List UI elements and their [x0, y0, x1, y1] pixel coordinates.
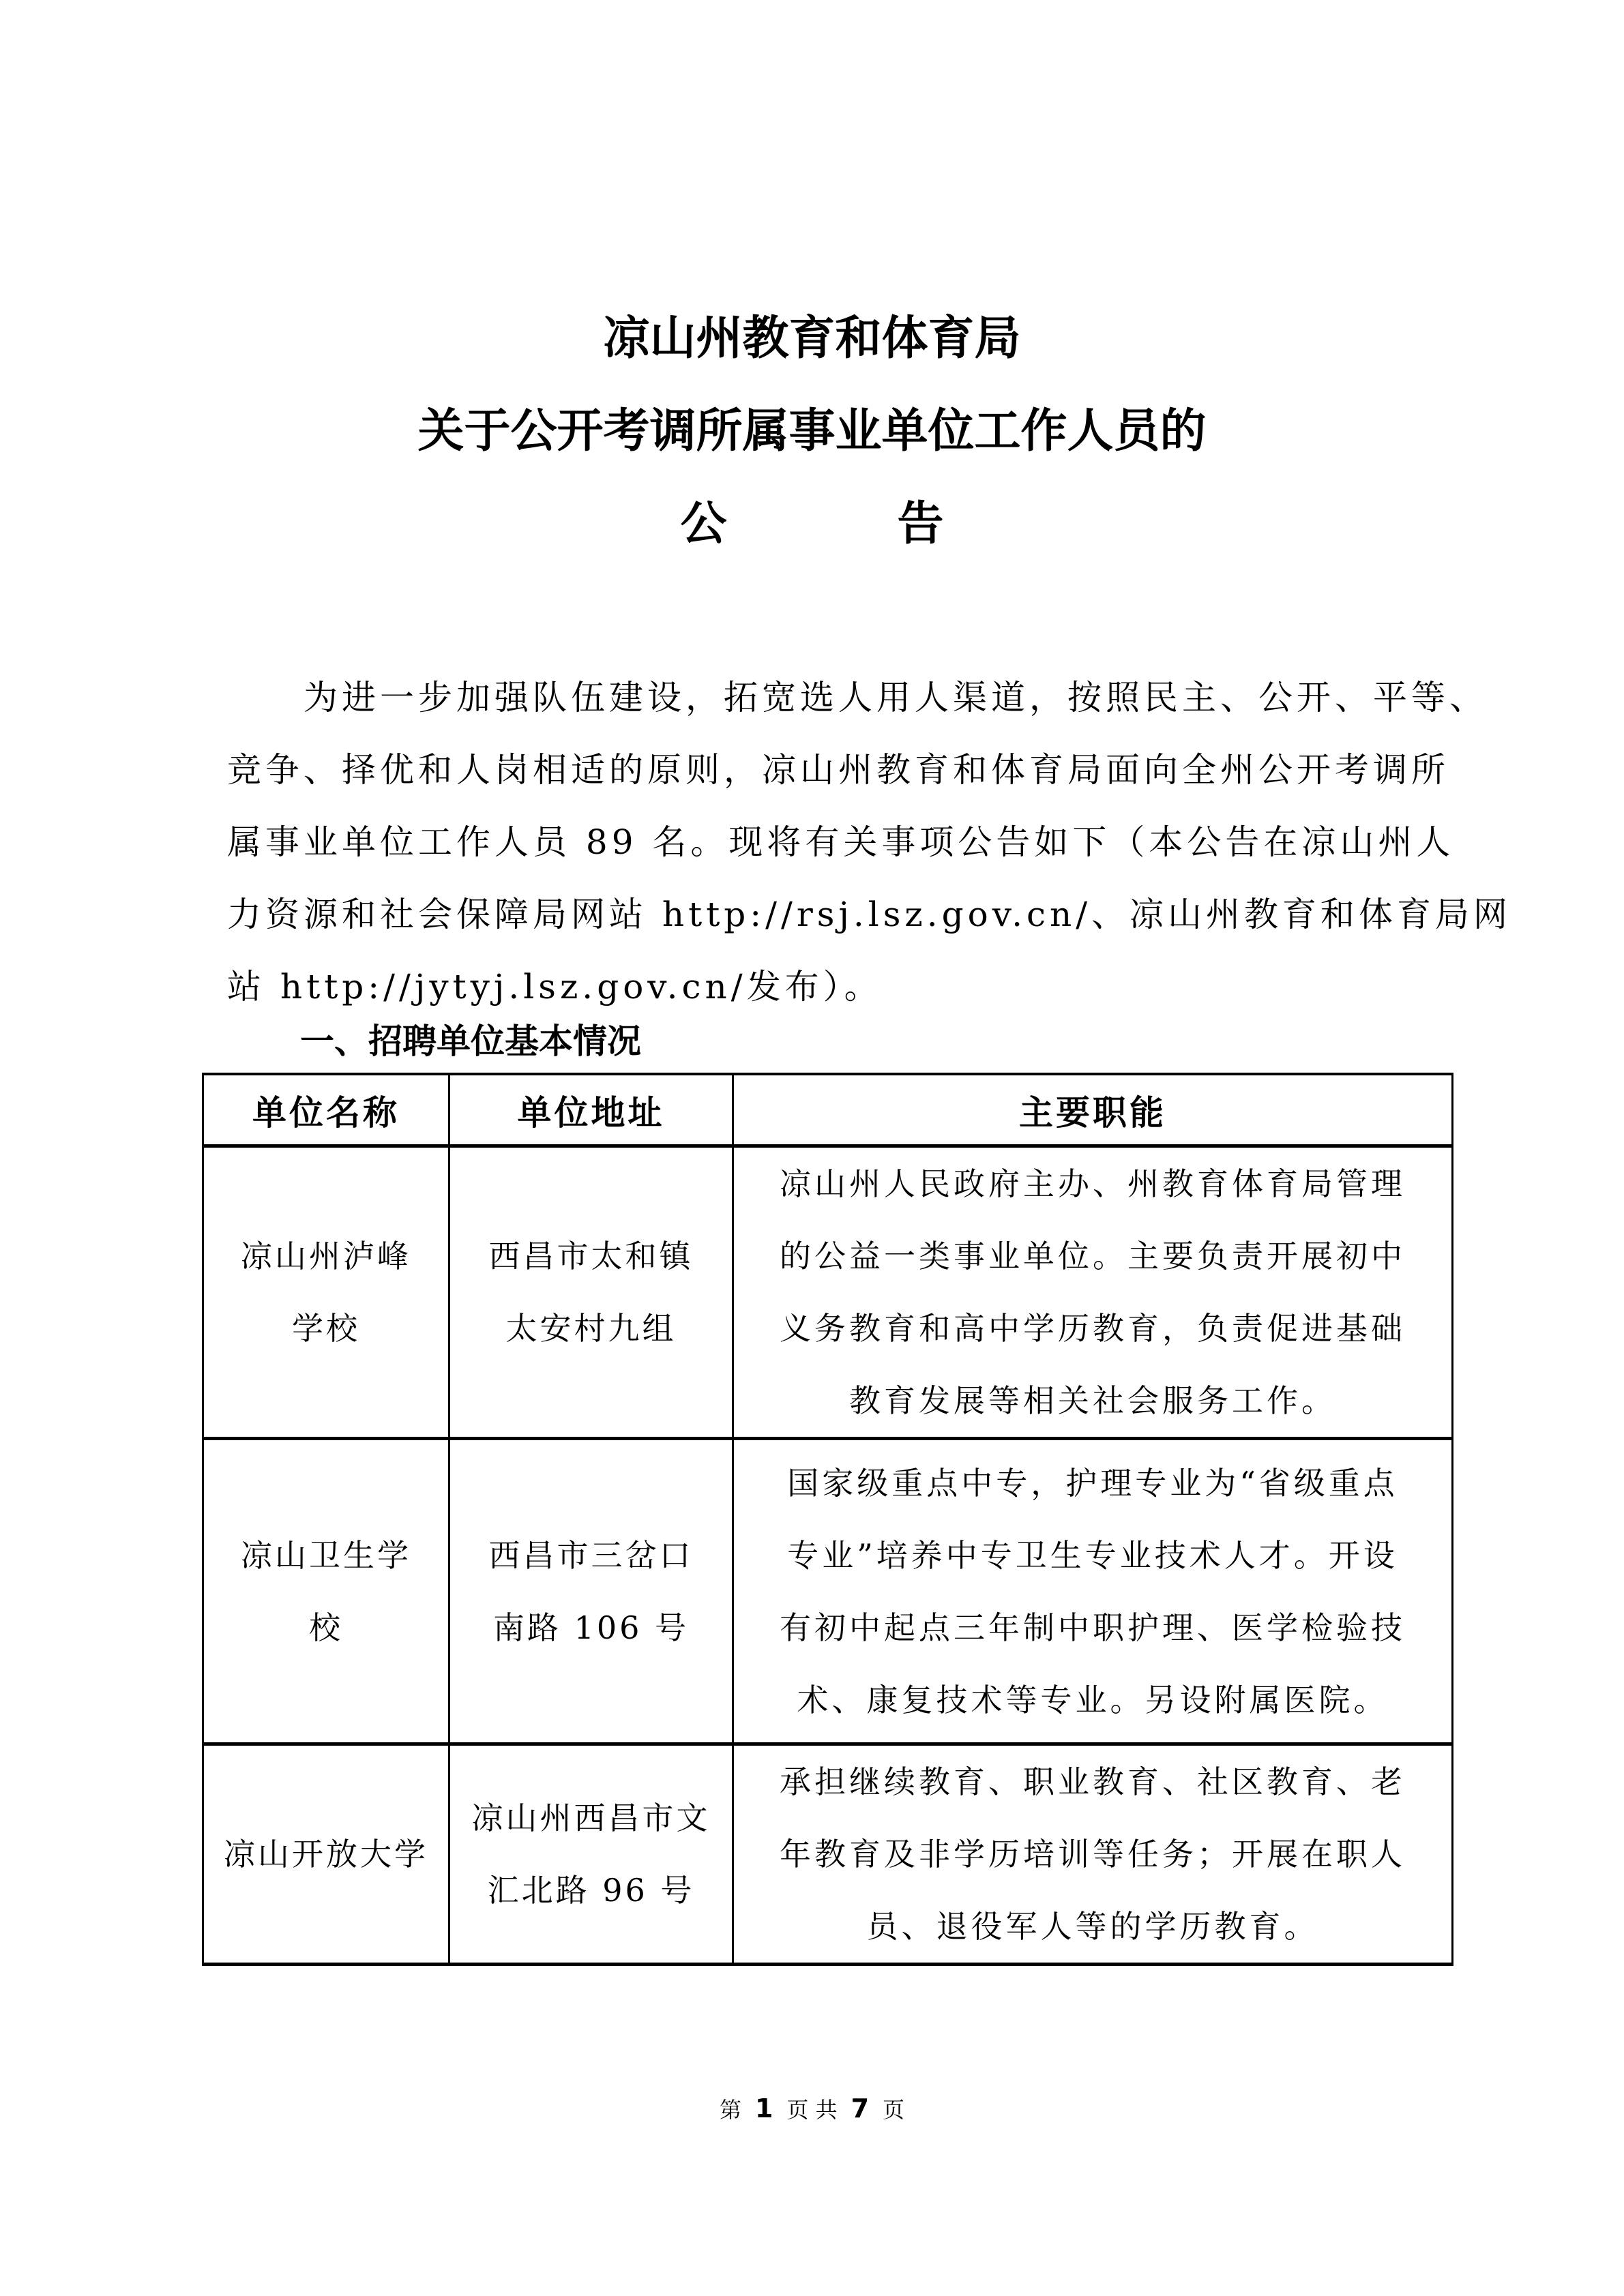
intro-line: 属事业单位工作人员 89 名。现将有关事项公告如下（本公告在凉山州人 [227, 806, 1428, 878]
footer-middle: 页 共 [786, 2096, 837, 2123]
footer-suffix: 页 [883, 2096, 904, 2123]
header-unit-name: 单位名称 [203, 1074, 449, 1146]
intro-line: 站 http://jytyj.lsz.gov.cn/发布）。 [227, 951, 1428, 1023]
unit-function-cell: 承担继续教育、职业教育、社区教育、老 年教育及非学历培训等任务；开展在职人 员、… [733, 1744, 1453, 1965]
cell-line: 凉山州人民政府主办、州教育体育局管理 [734, 1148, 1451, 1220]
cell-line: 教育发展等相关社会服务工作。 [734, 1365, 1451, 1437]
cell-line: 西昌市三岔口 [450, 1519, 732, 1592]
cell-line: 专业”培养中专卫生专业技术人才。开设 [734, 1519, 1451, 1592]
cell-line: 凉山开放大学 [204, 1818, 448, 1890]
cell-line: 凉山州西昌市文 [450, 1782, 732, 1854]
cell-line: 凉山州泸峰 [204, 1220, 448, 1292]
intro-line: 力资源和社会保障局网站 http://rsj.lsz.gov.cn/、凉山州教育… [227, 878, 1428, 951]
cell-line: 西昌市太和镇 [450, 1220, 732, 1292]
intro-line: 竞争、择优和人岗相适的原则，凉山州教育和体育局面向全州公开考调所 [227, 734, 1428, 806]
cell-line: 年教育及非学历培训等任务；开展在职人 [734, 1818, 1451, 1890]
unit-name-cell: 凉山卫生学 校 [203, 1439, 449, 1744]
intro-paragraph: 为进一步加强队伍建设，拓宽选人用人渠道，按照民主、公开、平等、 竞争、择优和人岗… [227, 661, 1428, 1023]
cell-line: 校 [204, 1592, 448, 1664]
units-table: 单位名称 单位地址 主要职能 凉山州泸峰 学校 西昌市太和镇 太安村九组 [202, 1073, 1453, 1966]
title-char-gao: 告 [898, 501, 944, 547]
header-unit-address: 单位地址 [449, 1074, 733, 1146]
section-heading: 一、招聘单位基本情况 [300, 1021, 641, 1062]
unit-function-cell: 国家级重点中专，护理专业为“省级重点 专业”培养中专卫生专业技术人才。开设 有初… [733, 1439, 1453, 1744]
unit-name-cell: 凉山开放大学 [203, 1744, 449, 1965]
cell-line: 义务教育和高中学历教育，负责促进基础 [734, 1292, 1451, 1365]
cell-line: 承担继续教育、职业教育、社区教育、老 [734, 1746, 1451, 1818]
table-row: 凉山卫生学 校 西昌市三岔口 南路 106 号 国家级重点中专，护理专业为“省级… [203, 1439, 1453, 1744]
cell-line: 术、康复技术等专业。另设附属医院。 [734, 1664, 1451, 1736]
cell-line: 员、退役军人等的学历教育。 [734, 1890, 1451, 1963]
cell-line: 学校 [204, 1292, 448, 1365]
unit-name-cell: 凉山州泸峰 学校 [203, 1146, 449, 1439]
table-row: 凉山州泸峰 学校 西昌市太和镇 太安村九组 凉山州人民政府主办、州教育体育局管理… [203, 1146, 1453, 1439]
cell-line: 南路 106 号 [450, 1592, 732, 1664]
current-page-number: 1 [755, 2095, 773, 2122]
table-header-row: 单位名称 单位地址 主要职能 [203, 1074, 1453, 1146]
document-page: 凉山州教育和体育局 关于公开考调所属事业单位工作人员的 公告 为进一步加强队伍建… [0, 0, 1624, 2296]
unit-address-cell: 西昌市太和镇 太安村九组 [449, 1146, 733, 1439]
title-line-2: 关于公开考调所属事业单位工作人员的 [0, 408, 1624, 454]
cell-line: 国家级重点中专，护理专业为“省级重点 [734, 1447, 1451, 1519]
table-row: 凉山开放大学 凉山州西昌市文 汇北路 96 号 承担继续教育、职业教育、社区教育… [203, 1744, 1453, 1965]
title-line-3: 公告 [0, 501, 1624, 547]
title-char-gong: 公 [680, 501, 726, 547]
intro-line: 为进一步加强队伍建设，拓宽选人用人渠道，按照民主、公开、平等、 [227, 661, 1428, 734]
cell-line: 汇北路 96 号 [450, 1854, 732, 1926]
unit-address-cell: 凉山州西昌市文 汇北路 96 号 [449, 1744, 733, 1965]
total-page-count: 7 [851, 2095, 869, 2122]
cell-line: 的公益一类事业单位。主要负责开展初中 [734, 1220, 1451, 1292]
title-line-1: 凉山州教育和体育局 [0, 315, 1624, 361]
cell-line: 有初中起点三年制中职护理、医学检验技 [734, 1592, 1451, 1664]
cell-line: 太安村九组 [450, 1292, 732, 1365]
unit-function-cell: 凉山州人民政府主办、州教育体育局管理 的公益一类事业单位。主要负责开展初中 义务… [733, 1146, 1453, 1439]
header-main-function: 主要职能 [733, 1074, 1453, 1146]
cell-line: 凉山卫生学 [204, 1519, 448, 1592]
footer-prefix: 第 [720, 2096, 741, 2123]
page-number-footer: 第1页 共7页 [0, 2095, 1624, 2123]
unit-address-cell: 西昌市三岔口 南路 106 号 [449, 1439, 733, 1744]
